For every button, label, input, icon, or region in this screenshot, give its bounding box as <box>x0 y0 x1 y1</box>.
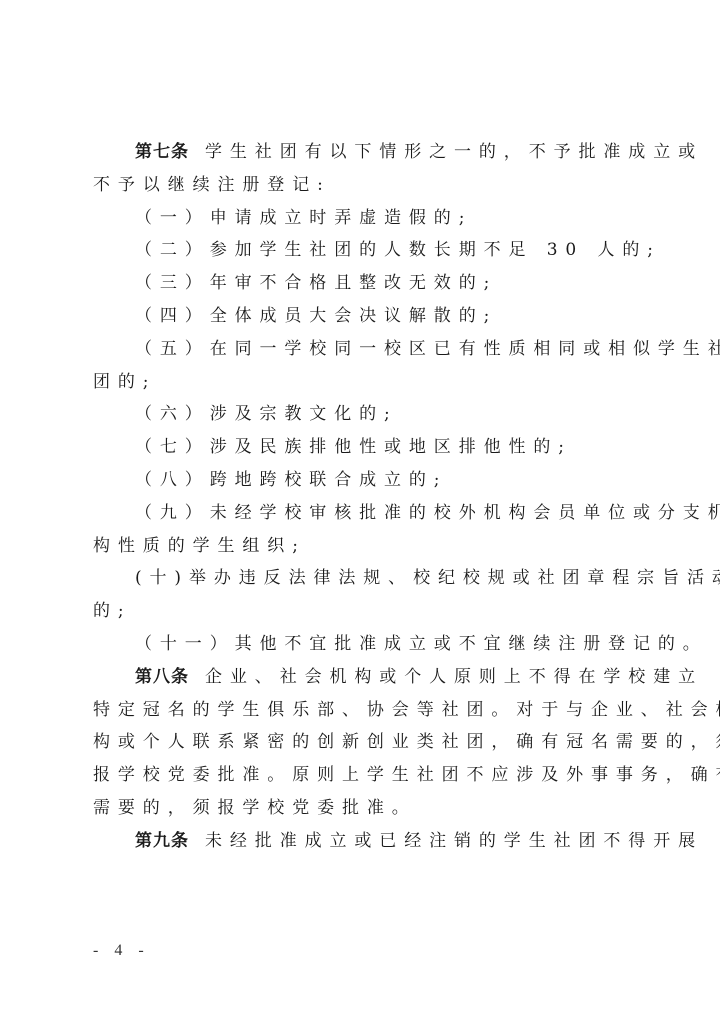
text-line: 的; <box>93 595 633 628</box>
list-item: （六）涉及宗教文化的; <box>93 398 633 431</box>
list-item: （七）涉及民族排他性或地区排他性的; <box>93 431 633 464</box>
list-item: （三）年审不合格且整改无效的; <box>93 267 633 300</box>
page-number: - 4 - <box>93 942 150 960</box>
list-item: （九）未经学校审核批准的校外机构会员单位或分支机 <box>93 497 633 530</box>
article-label: 第七条 <box>135 142 189 162</box>
text-line: 特定冠名的学生俱乐部、协会等社团。对于与企业、社会机 <box>93 694 633 727</box>
list-item: （二）参加学生社团的人数长期不足 30 人的; <box>93 234 633 267</box>
text-line: 报学校党委批准。原则上学生社团不应涉及外事事务，确有 <box>93 759 633 792</box>
text-line: 团的; <box>93 366 633 399</box>
text-line: 构性质的学生组织; <box>93 530 633 563</box>
list-item: （十一）其他不宜批准成立或不宜继续注册登记的。 <box>93 628 633 661</box>
text-line: 构或个人联系紧密的创新创业类社团，确有冠名需要的，须 <box>93 726 633 759</box>
article-9-line: 第九条未经批准成立或已经注销的学生社团不得开展 <box>93 825 633 858</box>
list-item: （一）申请成立时弄虚造假的; <box>93 202 633 235</box>
document-body: 第七条学生社团有以下情形之一的，不予批准成立或 不予以继续注册登记: （一）申请… <box>93 136 633 858</box>
list-item: （四）全体成员大会决议解散的; <box>93 300 633 333</box>
article-7-line: 第七条学生社团有以下情形之一的，不予批准成立或 <box>93 136 633 169</box>
list-item: (十)举办违反法律法规、校纪校规或社团章程宗旨活动 <box>93 562 633 595</box>
list-item: （八）跨地跨校联合成立的; <box>93 464 633 497</box>
article-8-line: 第八条企业、社会机构或个人原则上不得在学校建立 <box>93 661 633 694</box>
text-line: 不予以继续注册登记: <box>93 169 633 202</box>
list-item: （五）在同一学校同一校区已有性质相同或相似学生社 <box>93 333 633 366</box>
article-label: 第八条 <box>135 667 189 687</box>
article-label: 第九条 <box>135 831 189 851</box>
text-line: 需要的，须报学校党委批准。 <box>93 792 633 825</box>
